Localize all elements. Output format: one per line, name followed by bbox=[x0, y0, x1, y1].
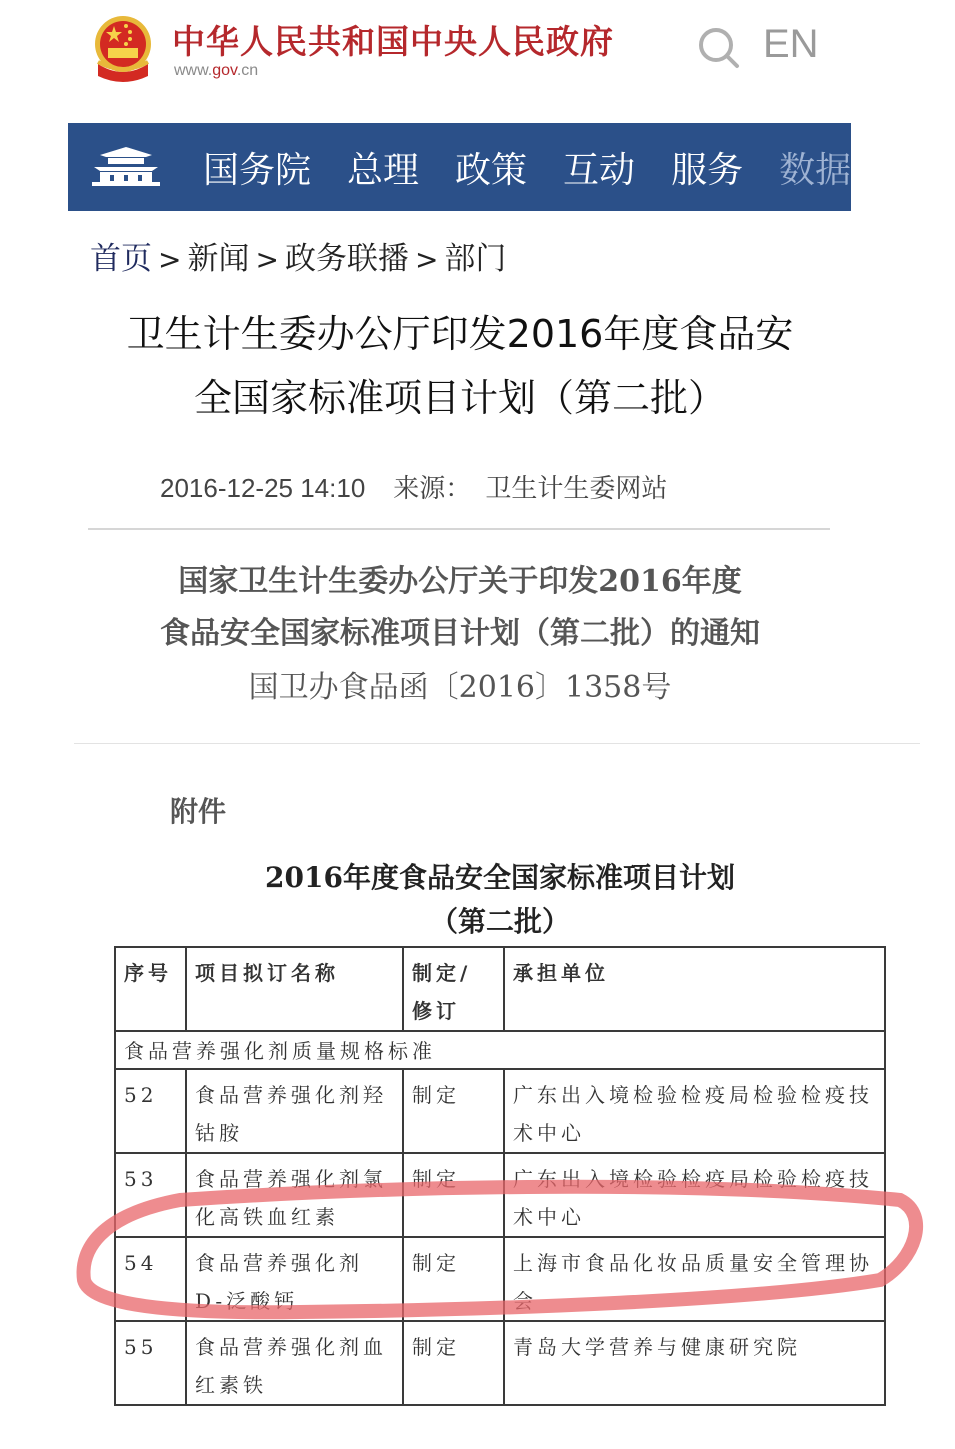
section-title: 食品营养强化剂质量规格标准 bbox=[115, 1031, 885, 1069]
main-nav: 国务院 总理 政策 互动 服务 数据 bbox=[68, 123, 851, 211]
cell-org: 上海市食品化妆品质量安全管理协会 bbox=[504, 1237, 885, 1321]
site-url: www.gov.cn bbox=[174, 62, 258, 80]
table-row: 52 食品营养强化剂羟钴胺 制定 广东出入境检验检疫局检验检疫技术中心 bbox=[115, 1069, 885, 1153]
table-section-row: 食品营养强化剂质量规格标准 bbox=[115, 1031, 885, 1069]
attachment-title-line1: 2016年度食品安全国家标准项目计划 bbox=[114, 856, 886, 900]
nav-item-state-council[interactable]: 国务院 bbox=[203, 142, 311, 193]
breadcrumb-gov-news[interactable]: 政务联播 bbox=[285, 241, 409, 277]
header-type: 制定/修订 bbox=[403, 947, 504, 1031]
standards-plan-table: 序号 项目拟订名称 制定/修订 承担单位 食品营养强化剂质量规格标准 52 食品… bbox=[114, 946, 886, 1406]
cell-type: 制定 bbox=[403, 1237, 504, 1321]
cell-name: 食品营养强化剂 D-泛酸钙 bbox=[186, 1237, 403, 1321]
source-label: 来源： bbox=[393, 473, 471, 503]
cell-name: 食品营养强化剂血红素铁 bbox=[186, 1321, 403, 1405]
article-title-line2: 全国家标准项目计划（第二批） bbox=[70, 366, 850, 430]
notice-heading: 国家卫生计生委办公厅关于印发2016年度 食品安全国家标准项目计划（第二批）的通… bbox=[70, 556, 850, 716]
table-row: 53 食品营养强化剂氯化高铁血红素 制定 广东出入境检验检疫局检验检疫技术中心 bbox=[115, 1153, 885, 1237]
cell-no: 53 bbox=[115, 1153, 186, 1237]
attachment-label: 附件 bbox=[170, 790, 226, 830]
breadcrumb: 首页>新闻>政务联播>部门 bbox=[90, 233, 506, 278]
attachment-title-line2: （第二批） bbox=[114, 900, 886, 944]
cell-no: 54 bbox=[115, 1237, 186, 1321]
table-row-highlighted: 54 食品营养强化剂 D-泛酸钙 制定 上海市食品化妆品质量安全管理协会 bbox=[115, 1237, 885, 1321]
article-title-line1: 卫生计生委办公厅印发2016年度食品安 bbox=[70, 302, 850, 366]
site-title[interactable]: 中华人民共和国中央人民政府 bbox=[172, 16, 614, 63]
cell-org: 广东出入境检验检疫局检验检疫技术中心 bbox=[504, 1153, 885, 1237]
cell-type: 制定 bbox=[403, 1321, 504, 1405]
national-emblem-icon bbox=[90, 14, 156, 86]
nav-item-data[interactable]: 数据 bbox=[779, 142, 851, 193]
header-no: 序号 bbox=[115, 947, 186, 1031]
breadcrumb-separator: > bbox=[158, 243, 181, 276]
cell-no: 55 bbox=[115, 1321, 186, 1405]
cell-type: 制定 bbox=[403, 1069, 504, 1153]
notice-title-line1: 国家卫生计生委办公厅关于印发2016年度 bbox=[70, 556, 850, 608]
doc-number: 国卫办食品函〔2016〕1358号 bbox=[70, 660, 850, 716]
breadcrumb-news[interactable]: 新闻 bbox=[187, 241, 249, 277]
english-language-button[interactable]: EN bbox=[763, 22, 819, 67]
nav-item-interaction[interactable]: 互动 bbox=[563, 142, 635, 193]
source-value: 卫生计生委网站 bbox=[485, 473, 667, 503]
breadcrumb-home[interactable]: 首页 bbox=[90, 241, 152, 277]
cell-no: 52 bbox=[115, 1069, 186, 1153]
nav-item-premier[interactable]: 总理 bbox=[347, 142, 419, 193]
cell-name: 食品营养强化剂氯化高铁血红素 bbox=[186, 1153, 403, 1237]
cell-type: 制定 bbox=[403, 1153, 504, 1237]
nav-item-policy[interactable]: 政策 bbox=[455, 142, 527, 193]
article-meta: 2016-12-25 14:10来源：卫生计生委网站 bbox=[160, 468, 695, 505]
divider bbox=[74, 743, 920, 744]
search-icon[interactable] bbox=[697, 26, 741, 70]
cell-name: 食品营养强化剂羟钴胺 bbox=[186, 1069, 403, 1153]
tiananmen-icon[interactable] bbox=[90, 145, 162, 187]
breadcrumb-separator: > bbox=[255, 243, 278, 276]
header-name: 项目拟订名称 bbox=[186, 947, 403, 1031]
cell-org: 青岛大学营养与健康研究院 bbox=[504, 1321, 885, 1405]
publish-datetime: 2016-12-25 14:10 bbox=[160, 473, 365, 503]
nav-item-service[interactable]: 服务 bbox=[671, 142, 743, 193]
attachment-title: 2016年度食品安全国家标准项目计划 （第二批） bbox=[114, 856, 886, 944]
cell-org: 广东出入境检验检疫局检验检疫技术中心 bbox=[504, 1069, 885, 1153]
notice-title-line2: 食品安全国家标准项目计划（第二批）的通知 bbox=[70, 608, 850, 660]
breadcrumb-separator: > bbox=[415, 243, 438, 276]
table-header-row: 序号 项目拟订名称 制定/修订 承担单位 bbox=[115, 947, 885, 1031]
article-title: 卫生计生委办公厅印发2016年度食品安 全国家标准项目计划（第二批） bbox=[70, 302, 850, 430]
breadcrumb-departments[interactable]: 部门 bbox=[444, 241, 506, 277]
table-row: 55 食品营养强化剂血红素铁 制定 青岛大学营养与健康研究院 bbox=[115, 1321, 885, 1405]
header-org: 承担单位 bbox=[504, 947, 885, 1031]
divider bbox=[88, 528, 830, 530]
